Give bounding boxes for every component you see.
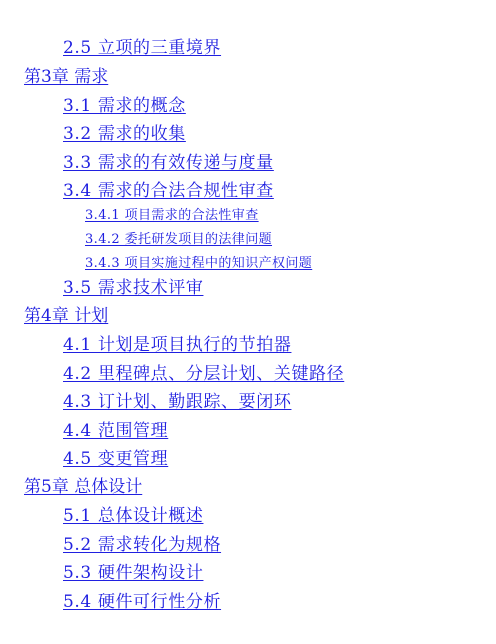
toc-link-4-2[interactable]: 4.2 里程碑点、分层计划、关键路径 [63, 366, 344, 383]
toc-link-3-5[interactable]: 3.5 需求技术评审 [63, 280, 203, 297]
toc-link-3-4-3[interactable]: 3.4.3 项目实施过程中的知识产权问题 [85, 257, 312, 270]
toc-link-4-3[interactable]: 4.3 订计划、勤跟踪、要闭环 [63, 394, 291, 411]
toc-link-5-1[interactable]: 5.1 总体设计概述 [63, 508, 203, 525]
toc-link-3-4-1[interactable]: 3.4.1 项目需求的合法性审查 [85, 209, 259, 222]
toc-link-3-4-2[interactable]: 3.4.2 委托研发项目的法律问题 [85, 233, 272, 246]
toc-link-5-3[interactable]: 5.3 硬件架构设计 [63, 565, 203, 582]
toc-link-chapter-5[interactable]: 第5章 总体设计 [24, 479, 142, 496]
toc-link-3-1[interactable]: 3.1 需求的概念 [63, 98, 186, 115]
toc-link-chapter-3[interactable]: 第3章 需求 [24, 69, 108, 86]
toc-link-4-5[interactable]: 4.5 变更管理 [63, 451, 168, 468]
toc-link-3-4[interactable]: 3.4 需求的合法合规性审查 [63, 183, 274, 200]
toc-link-chapter-4[interactable]: 第4章 计划 [24, 308, 108, 325]
toc-link-2-5[interactable]: 2.5 立项的三重境界 [63, 40, 221, 57]
toc-link-5-4[interactable]: 5.4 硬件可行性分析 [63, 594, 221, 611]
toc-link-3-3[interactable]: 3.3 需求的有效传递与度量 [63, 155, 274, 172]
toc-link-5-2[interactable]: 5.2 需求转化为规格 [63, 537, 221, 554]
toc-link-4-1[interactable]: 4.1 计划是项目执行的节拍器 [63, 337, 291, 354]
toc-link-4-4[interactable]: 4.4 范围管理 [63, 423, 168, 440]
table-of-contents: 2.5 立项的三重境界 第3章 需求 3.1 需求的概念 3.2 需求的收集 3… [0, 0, 496, 644]
toc-link-3-2[interactable]: 3.2 需求的收集 [63, 126, 186, 143]
